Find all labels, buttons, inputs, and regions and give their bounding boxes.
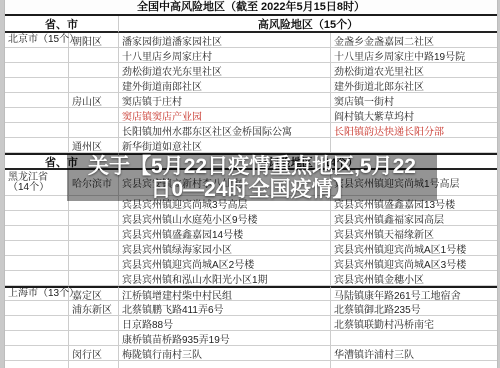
page-background: 全国中高风险地区（截至 2022年5月15日8时） 省、市高风险地区（15个）北… xyxy=(0,0,500,368)
table-row: 上海市（13个）嘉定区江桥镇增建村柴中村民组马陆镇康年路261号工地宿舍 xyxy=(5,286,497,301)
cell-risk-area-right xyxy=(331,331,497,346)
table-row: 房山区窦店镇于庄村窦店镇一街村 xyxy=(5,93,497,108)
cell-risk-area-right: 长阳镇韵达快递长阳分部 xyxy=(331,123,497,138)
table-row: 康桥镇苗桥路935弄19号 xyxy=(5,331,497,346)
table-row: 浦东新区北蔡镇鹏飞路411弄6号北蔡镇御北路235号 xyxy=(5,301,497,316)
cell-risk-area-right: 北蔡镇御北路235号 xyxy=(331,301,497,316)
cell-district xyxy=(69,48,119,63)
cell-district xyxy=(69,271,119,286)
headline-line-1: 关于【5月22日疫情重点地区,5月22 xyxy=(88,155,416,178)
cell-risk-area-right: 宾县宾州镇金穗小区 xyxy=(331,271,497,286)
cell-province xyxy=(5,138,69,153)
cell-province xyxy=(5,93,69,108)
cell-risk-area-right: 华漕镇许浦村三队 xyxy=(331,346,497,361)
cell-risk-area-right: 建外街道北郎东社区 xyxy=(331,78,497,93)
cell-province xyxy=(5,361,69,368)
cell-risk-area-right: 宾县宾州镇天福缘新区 xyxy=(331,226,497,241)
table-row: 宾县宾州镇山水庭苑小区9号楼宾县宾州镇鑫福家园高层 xyxy=(5,211,497,226)
cell-district xyxy=(69,226,119,241)
cell-district: 朝阳区 xyxy=(69,33,119,48)
cell-risk-area-left: 宾县宾州镇盛鑫嘉园14号楼 xyxy=(119,226,331,241)
cell-province xyxy=(5,346,69,361)
table-row: 通州区新华街道如意社区 xyxy=(5,138,497,153)
cell-risk-area-left: 宾县宾州镇绿海家园小区 xyxy=(119,241,331,256)
cell-district xyxy=(69,316,119,331)
cell-risk-area-right: 北蔡镇联勤村冯桥南宅 xyxy=(331,316,497,331)
table-row: 建外街道南郎社区建外街道北郎东社区 xyxy=(5,78,497,93)
cell-district xyxy=(69,78,119,93)
cell-risk-area-left: 江桥镇增建村柴中村民组 xyxy=(119,286,331,301)
table-row: 窦店镇窦店产业园阎村镇大紫草坞村 xyxy=(5,108,497,123)
cell-risk-area-right: 宾县宾州镇鑫福家园高层 xyxy=(331,211,497,226)
cell-province xyxy=(5,316,69,331)
cell-risk-area-right: 劲松街道农光里社区 xyxy=(331,63,497,78)
cell-risk-area-right: 阎村镇大紫草坞村 xyxy=(331,108,497,123)
cell-province xyxy=(5,226,69,241)
table-row: 宾县宾州镇迎宾尚城A区2号楼宾县宾州镇迎宾尚城A区3号楼 xyxy=(5,256,497,271)
cell-district xyxy=(69,123,119,138)
cell-province xyxy=(5,301,69,316)
cell-risk-area-left: 十八里店乡周家庄村 xyxy=(119,48,331,63)
headline-overlay: 关于【5月22日疫情重点地区,5月22 日0—24时全国疫情】 xyxy=(67,154,437,201)
cell-risk-area-left: 长阳镇加州水郡东区社区金桥国际公寓 xyxy=(119,123,331,138)
cell-district xyxy=(69,108,119,123)
table-row: 长阳镇加州水郡东区社区金桥国际公寓长阳镇韵达快递长阳分部 xyxy=(5,123,497,138)
cell-risk-area-right: 十八里店乡周家庄中路19号院 xyxy=(331,48,497,63)
cell-risk-area-left: 北蔡镇鹏飞路411弄6号 xyxy=(119,301,331,316)
section-header-row: 省、市高风险地区（15个） xyxy=(5,16,497,33)
cell-district xyxy=(69,256,119,271)
table-row xyxy=(5,361,497,368)
table-row: 闵行区梅陇镇行南村三队华漕镇许浦村三队 xyxy=(5,346,497,361)
cell-risk-area-left: 宾县宾州镇山水庭苑小区9号楼 xyxy=(119,211,331,226)
table-row: 宾县宾州镇绿海家园小区宾县宾州镇迎宾尚城A区1号楼 xyxy=(5,241,497,256)
cell-province xyxy=(5,108,69,123)
cell-district xyxy=(69,211,119,226)
cell-district xyxy=(69,361,119,368)
high-risk-header: 高风险地区（15个） xyxy=(119,16,497,33)
cell-province: 黑龙江省 （14个） xyxy=(5,170,69,196)
cell-district: 通州区 xyxy=(69,138,119,153)
cell-district: 闵行区 xyxy=(69,346,119,361)
table-title: 全国中高风险地区（截至 2022年5月15日8时） xyxy=(5,0,497,16)
table-row: 北京市（15个）朝阳区潘家园街道潘家园社区金盏乡金盏嘉园二社区 xyxy=(5,33,497,48)
cell-risk-area-right xyxy=(331,138,497,153)
cell-risk-area-left: 窦店镇窦店产业园 xyxy=(119,108,331,123)
cell-risk-area-right: 金盏乡金盏嘉园二社区 xyxy=(331,33,497,48)
cell-province xyxy=(5,196,69,211)
cell-province xyxy=(5,211,69,226)
cell-province xyxy=(5,123,69,138)
cell-risk-area-right: 宾县宾州镇迎宾尚城A区3号楼 xyxy=(331,256,497,271)
table-row: 劲松街道农光东里社区劲松街道农光里社区 xyxy=(5,63,497,78)
province-city-header: 省、市 xyxy=(5,16,119,33)
cell-risk-area-right: 马陆镇康年路261号工地宿舍 xyxy=(331,286,497,301)
table-row: 宾县宾州镇盛鑫嘉园14号楼宾县宾州镇天福缘新区 xyxy=(5,226,497,241)
cell-province xyxy=(5,48,69,63)
cell-district: 嘉定区 xyxy=(69,286,119,301)
cell-district xyxy=(69,63,119,78)
cell-risk-area-left: 康桥镇苗桥路935弄19号 xyxy=(119,331,331,346)
cell-district: 浦东新区 xyxy=(69,301,119,316)
cell-risk-area-right: 宾县宾州镇迎宾尚城A区1号楼 xyxy=(331,241,497,256)
cell-district: 房山区 xyxy=(69,93,119,108)
cell-risk-area-left: 潘家园街道潘家园社区 xyxy=(119,33,331,48)
table-row: 宾县宾州镇和泓山水阳光小区1期宾县宾州镇金穗小区 xyxy=(5,271,497,286)
cell-province xyxy=(5,256,69,271)
cell-district xyxy=(69,331,119,346)
cell-risk-area-left: 宾县宾州镇迎宾尚城A区2号楼 xyxy=(119,256,331,271)
cell-province: 北京市（15个） xyxy=(5,33,69,48)
cell-risk-area-left xyxy=(119,361,331,368)
cell-risk-area-left: 日京路88号 xyxy=(119,316,331,331)
cell-province xyxy=(5,271,69,286)
cell-risk-area-left: 宾县宾州镇和泓山水阳光小区1期 xyxy=(119,271,331,286)
table-row: 十八里店乡周家庄村十八里店乡周家庄中路19号院 xyxy=(5,48,497,63)
cell-province xyxy=(5,63,69,78)
cell-province xyxy=(5,78,69,93)
cell-risk-area-left: 劲松街道农光东里社区 xyxy=(119,63,331,78)
cell-risk-area-left: 梅陇镇行南村三队 xyxy=(119,346,331,361)
cell-risk-area-left: 新华街道如意社区 xyxy=(119,138,331,153)
cell-risk-area-left: 窦店镇于庄村 xyxy=(119,93,331,108)
cell-province xyxy=(5,241,69,256)
table-row: 日京路88号北蔡镇联勤村冯桥南宅 xyxy=(5,316,497,331)
headline-line-2: 日0—24时全国疫情】 xyxy=(150,178,353,201)
cell-risk-area-left: 建外街道南郎社区 xyxy=(119,78,331,93)
cell-risk-area-right: 窦店镇一街村 xyxy=(331,93,497,108)
cell-province xyxy=(5,331,69,346)
cell-district xyxy=(69,241,119,256)
cell-risk-area-right xyxy=(331,361,497,368)
cell-province: 上海市（13个） xyxy=(5,286,69,301)
